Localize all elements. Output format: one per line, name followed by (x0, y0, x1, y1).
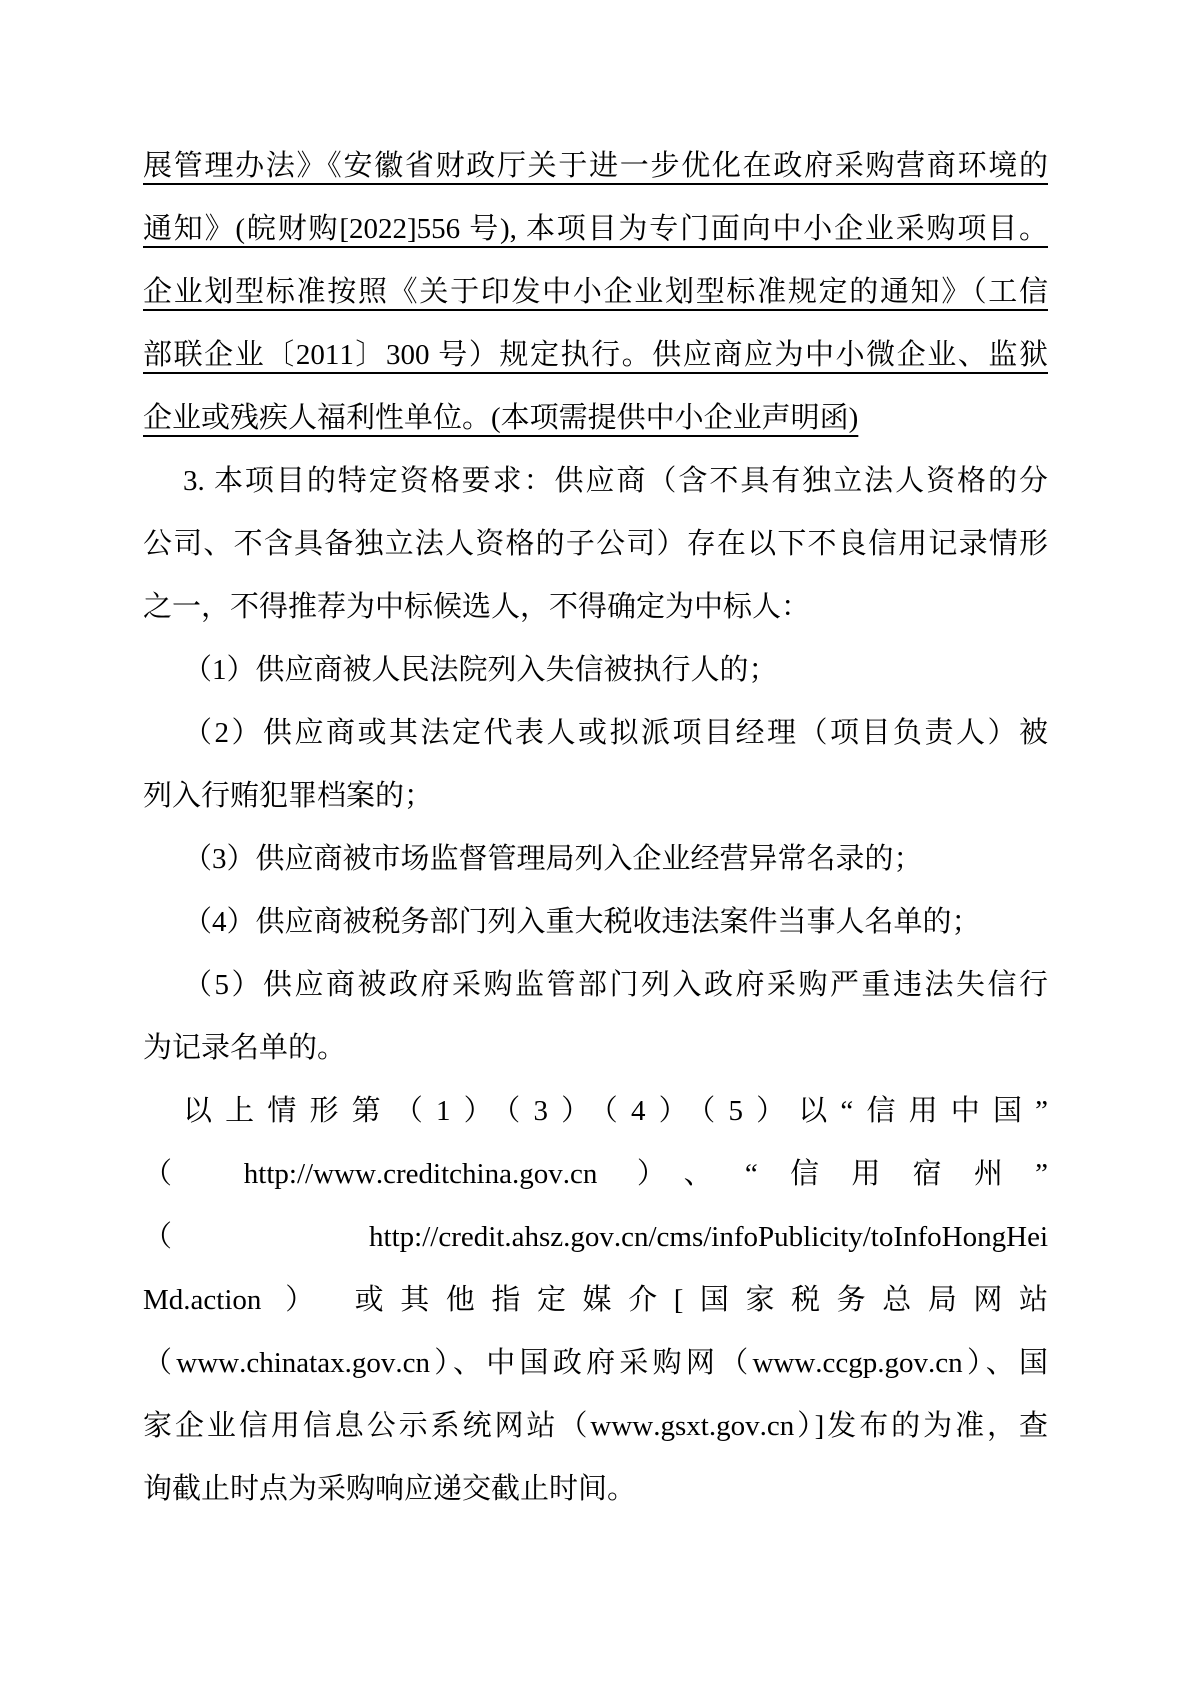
text-line-13: （4）供应商被税务部门列入重大税收违法案件当事人名单的； (143, 891, 1048, 954)
text-run: 之一，不得推荐为中标候选人，不得确定为中标人： (143, 591, 810, 623)
text-run: 公司、不含具备独立法人资格的子公司）存在以下不良信用记录情形 (143, 528, 1048, 560)
underlined-text-run: 企业划型标准按照《关于印发中小企业划型标准规定的通知》（工信 (143, 276, 1048, 308)
text-run: （5）供应商被政府采购监管部门列入政府采购严重违法失信行 (183, 969, 1048, 1001)
text-line-5: 企业或残疾人福利性单位。(本项需提供中小企业声明函) (143, 387, 1048, 450)
text-run: （www.chinatax.gov.cn）、中国政府采购网（www.ccgp.g… (143, 1347, 1048, 1379)
text-line-18: （http://credit.ahsz.gov.cn/cms/infoPubli… (143, 1206, 1048, 1269)
text-line-16: 以上情形第（1）（3）（4）（5）以“信用中国” (143, 1080, 1048, 1143)
text-run: Md.action ） 或其他指定媒介[国家税务总局网站 (143, 1284, 1048, 1316)
text-run: 为记录名单的。 (143, 1032, 346, 1064)
text-run: 列入行贿犯罪档案的； (143, 780, 433, 812)
text-line-19: Md.action ） 或其他指定媒介[国家税务总局网站 (143, 1269, 1048, 1332)
text-run: 以上情形第（1）（3）（4）（5）以“信用中国” (183, 1095, 1048, 1127)
text-line-17: （ http://www.creditchina.gov.cn ）、“信用宿州” (143, 1143, 1048, 1206)
text-run: （ http://www.creditchina.gov.cn ）、“信用宿州” (143, 1158, 1048, 1190)
text-line-4: 部联企业〔2011〕300 号）规定执行。供应商应为中小微企业、监狱 (143, 324, 1048, 387)
text-run: （1）供应商被人民法院列入失信被执行人的； (183, 654, 778, 686)
text-line-3: 企业划型标准按照《关于印发中小企业划型标准规定的通知》（工信 (143, 261, 1048, 324)
text-line-11: 列入行贿犯罪档案的； (143, 765, 1048, 828)
document-page: 展管理办法》《安徽省财政厅关于进一步优化在政府采购营商环境的通知》(皖财购[20… (0, 0, 1190, 1683)
text-run: 3. 本项目的特定资格要求：供应商（含不具有独立法人资格的分 (183, 465, 1048, 497)
text-line-12: （3）供应商被市场监督管理局列入企业经营异常名录的； (143, 828, 1048, 891)
text-line-2: 通知》(皖财购[2022]556 号), 本项目为专门面向中小企业采购项目。 (143, 198, 1048, 261)
text-run: （4）供应商被税务部门列入重大税收违法案件当事人名单的； (183, 906, 981, 938)
text-line-20: （www.chinatax.gov.cn）、中国政府采购网（www.ccgp.g… (143, 1332, 1048, 1395)
text-run: （3）供应商被市场监督管理局列入企业经营异常名录的； (183, 843, 923, 875)
underlined-text-run: 通知》(皖财购[2022]556 号), 本项目为专门面向中小企业采购项目。 (143, 213, 1048, 245)
text-line-14: （5）供应商被政府采购监管部门列入政府采购严重违法失信行 (143, 954, 1048, 1017)
underlined-text-run: 展管理办法》《安徽省财政厅关于进一步优化在政府采购营商环境的 (143, 150, 1048, 182)
text-run: （http://credit.ahsz.gov.cn/cms/infoPubli… (143, 1221, 1048, 1253)
text-line-6: 3. 本项目的特定资格要求：供应商（含不具有独立法人资格的分 (143, 450, 1048, 513)
text-run: （2）供应商或其法定代表人或拟派项目经理（项目负责人）被 (183, 717, 1048, 749)
text-line-9: （1）供应商被人民法院列入失信被执行人的； (143, 639, 1048, 702)
document-body: 展管理办法》《安徽省财政厅关于进一步优化在政府采购营商环境的通知》(皖财购[20… (143, 135, 1048, 1521)
text-run: 家企业信用信息公示系统网站（www.gsxt.gov.cn）]发布的为准，查 (143, 1410, 1048, 1442)
text-line-21: 家企业信用信息公示系统网站（www.gsxt.gov.cn）]发布的为准，查 (143, 1395, 1048, 1458)
text-line-10: （2）供应商或其法定代表人或拟派项目经理（项目负责人）被 (143, 702, 1048, 765)
text-line-15: 为记录名单的。 (143, 1017, 1048, 1080)
underlined-text-run: 部联企业〔2011〕300 号）规定执行。供应商应为中小微企业、监狱 (143, 339, 1048, 371)
text-line-22: 询截止时点为采购响应递交截止时间。 (143, 1458, 1048, 1521)
underlined-text-run: 企业或残疾人福利性单位。(本项需提供中小企业声明函) (143, 402, 858, 434)
text-line-1: 展管理办法》《安徽省财政厅关于进一步优化在政府采购营商环境的 (143, 135, 1048, 198)
text-line-7: 公司、不含具备独立法人资格的子公司）存在以下不良信用记录情形 (143, 513, 1048, 576)
text-line-8: 之一，不得推荐为中标候选人，不得确定为中标人： (143, 576, 1048, 639)
text-run: 询截止时点为采购响应递交截止时间。 (143, 1473, 636, 1505)
